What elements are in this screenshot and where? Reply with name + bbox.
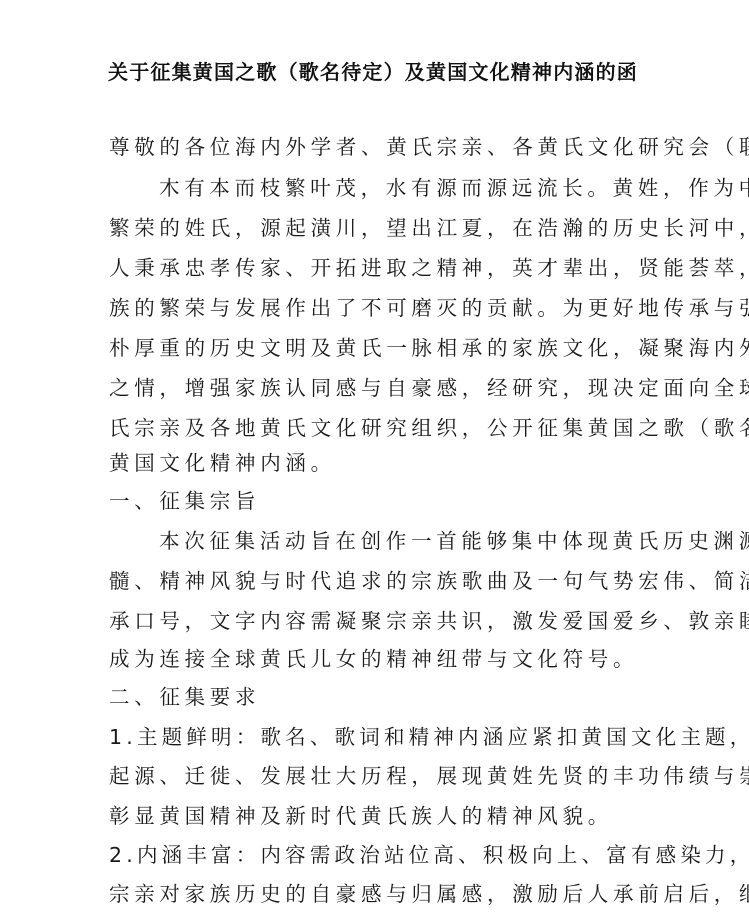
intro-line-8: 黄国文化精神内涵。 — [109, 448, 336, 478]
intro-line-4: 族的繁荣与发展作出了不可磨灭的贡献。为更好地传承与弘扬黄国古 — [109, 293, 749, 323]
document-title: 关于征集黄国之歌（歌名待定）及黄国文化精神内涵的函 — [108, 58, 668, 86]
intro-line-3: 人秉承忠孝传家、开拓进取之精神，英才辈出，贤能荟萃，为中华民 — [109, 253, 749, 283]
section-heading-purpose: 一、征集宗旨 — [109, 486, 260, 516]
document-page: 关于征集黄国之歌（歌名待定）及黄国文化精神内涵的函 尊敬的各位海内外学者、黄氏宗… — [0, 0, 749, 918]
requirement-2-line-1: 2.内涵丰富：内容需政治站位高、积极向上、富有感染力，能够唤起 — [109, 840, 749, 870]
intro-line-6: 之情，增强家族认同感与自豪感，经研究，现决定面向全球学者、黄 — [109, 373, 749, 403]
requirement-1-line-1: 1.主题鲜明：歌名、歌词和精神内涵应紧扣黄国文化主题，反映黄姓 — [109, 722, 749, 752]
purpose-line-3: 承口号，文字内容需凝聚宗亲共识，激发爱国爱乡、敦亲睦族之情怀， — [109, 606, 749, 636]
intro-line-5: 朴厚重的历史文明及黄氏一脉相承的家族文化，凝聚海内外宗亲血脉 — [109, 333, 749, 363]
requirement-1-line-2: 起源、迁徙、发展壮大历程，展现黄姓先贤的丰功伟绩与崇高品德， — [109, 761, 749, 791]
purpose-line-1: 本次征集活动旨在创作一首能够集中体现黄氏历史渊源、文化精 — [159, 526, 749, 556]
intro-line-2: 繁荣的姓氏，源起潢川，望出江夏，在浩瀚的历史长河中，我黄氏族 — [109, 213, 749, 243]
requirement-1-line-3: 彰显黄国精神及新时代黄氏族人的精神风貌。 — [109, 801, 613, 831]
intro-line-1: 木有本而枝繁叶茂，水有源而源远流长。黄姓，作为中华古老而 — [159, 173, 749, 203]
requirement-2-line-2: 宗亲对家族历史的自豪感与归属感，激励后人承前启后，继往开来。 — [109, 879, 749, 909]
section-heading-requirements: 二、征集要求 — [109, 682, 260, 712]
greeting-line: 尊敬的各位海内外学者、黄氏宗亲、各黄氏文化研究会（联谊会）: — [109, 132, 749, 162]
intro-line-7: 氏宗亲及各地黄氏文化研究组织，公开征集黄国之歌（歌名待定）及 — [109, 413, 749, 443]
purpose-line-2: 髓、精神风貌与时代追求的宗族歌曲及一句气势宏伟、简洁明快的传 — [109, 566, 749, 596]
purpose-line-4: 成为连接全球黄氏儿女的精神纽带与文化符号。 — [109, 644, 638, 674]
